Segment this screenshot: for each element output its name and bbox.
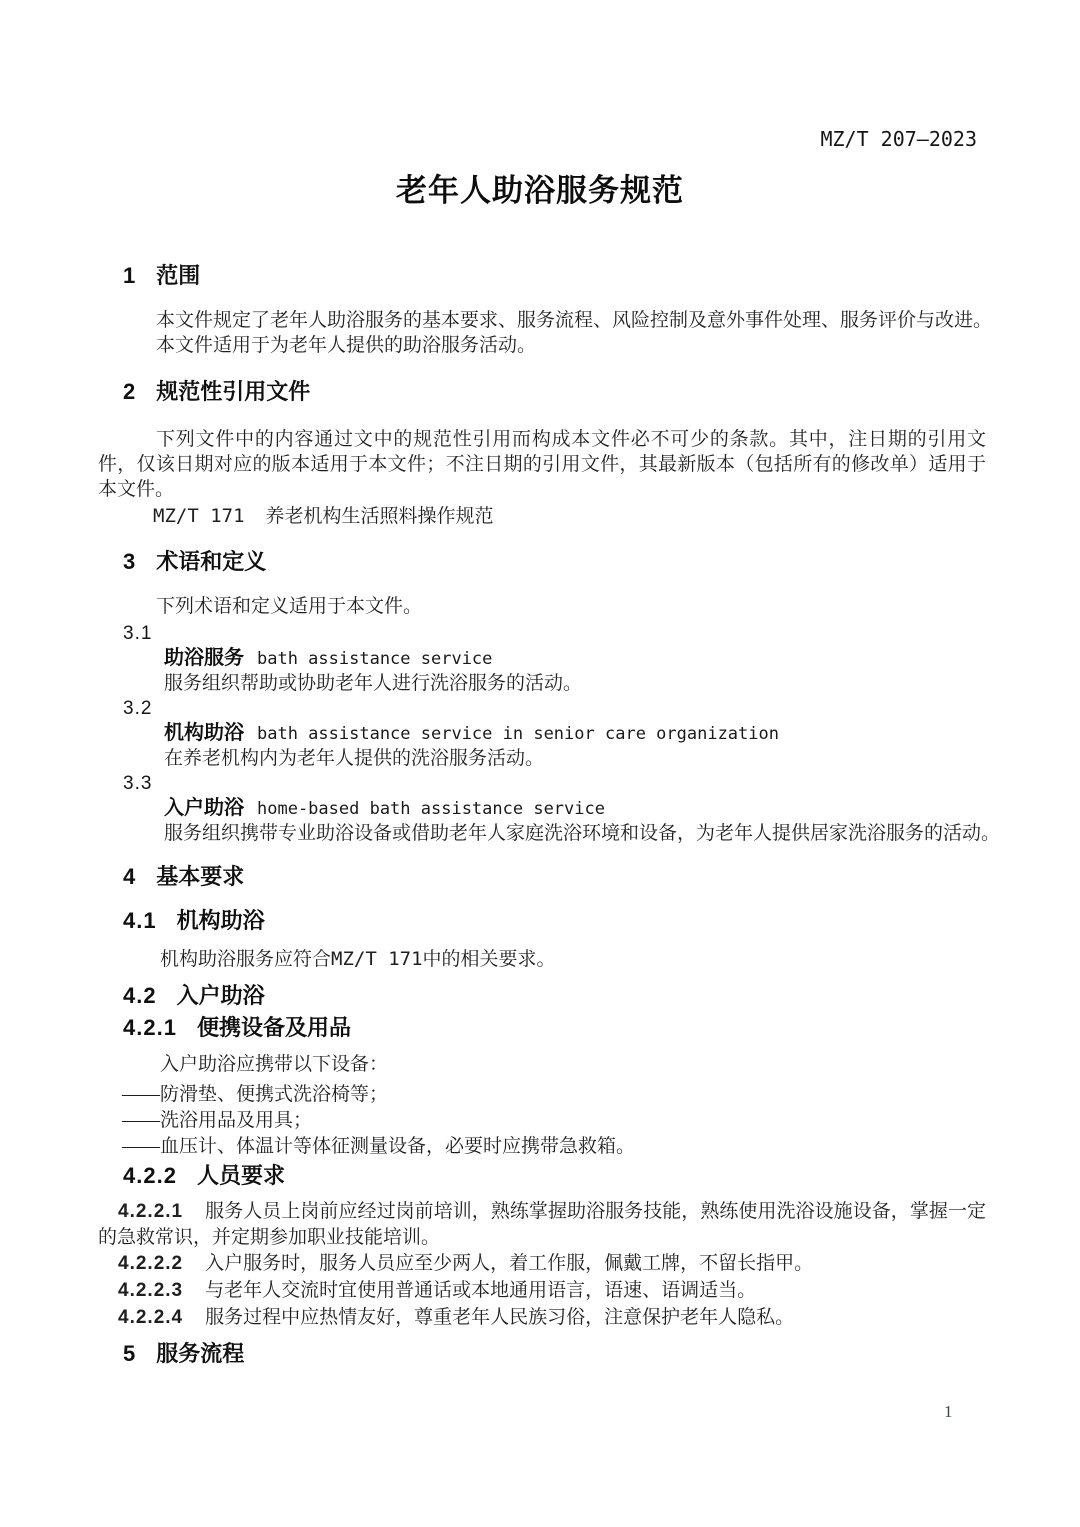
normative-reference-entry: MZ/T 171养老机构生活照料操作规范 xyxy=(98,504,1041,529)
term-title: 助浴服务bath assistance service xyxy=(98,646,1052,672)
section-4-2-title: 入户助浴 xyxy=(177,983,265,1008)
section-5-title: 服务流程 xyxy=(156,1341,244,1366)
section-2-heading: 2规范性引用文件 xyxy=(98,379,1011,405)
document-title: 老年人助浴服务规范 xyxy=(0,172,1080,210)
equipment-list-item: ——血压计、体温计等体征测量设备，必要时应携带急救箱。 xyxy=(98,1134,1010,1159)
section-1-heading: 1范围 xyxy=(98,263,1011,289)
section-5-heading: 5服务流程 xyxy=(98,1341,1011,1367)
clause-number: 4.2.2.1 xyxy=(118,1201,183,1222)
term-definition: 服务组织帮助或协助老年人进行洗浴服务的活动。 xyxy=(98,671,1052,696)
section-4-2-number: 4.2 xyxy=(123,983,157,1008)
terms-intro: 下列术语和定义适用于本文件。 xyxy=(98,594,1044,619)
section-1-title: 范围 xyxy=(156,263,200,288)
reference-title: 养老机构生活照料操作规范 xyxy=(266,506,494,527)
document-page: MZ/T 207—2023 老年人助浴服务规范 1范围 本文件规定了老年人助浴服… xyxy=(0,0,1080,1527)
inline-standard-code: MZ/T 171 xyxy=(331,948,423,970)
clause-text: 与老年人交流时宜使用普通话或本地通用语言，语速、语调适当。 xyxy=(205,1280,756,1301)
term-number: 3.3 xyxy=(98,771,1011,796)
equipment-intro: 入户助浴应携带以下设备： xyxy=(98,1052,1048,1077)
section-5-number: 5 xyxy=(123,1341,136,1366)
term-title-zh: 入户助浴 xyxy=(164,797,244,819)
section-3-number: 3 xyxy=(123,549,136,574)
clause-text: 服务人员上岗前应经过岗前培训，熟练掌握助浴服务技能，熟练使用洗浴设施设备，掌握一… xyxy=(98,1201,986,1248)
personnel-clause: 4.2.2.2入户服务时，服务人员应至少两人，着工作服，佩戴工牌，不留长指甲。 xyxy=(98,1251,1006,1276)
scope-paragraph-1: 本文件规定了老年人助浴服务的基本要求、服务流程、风险控制及意外事件处理、服务评价… xyxy=(98,308,1044,333)
paragraph-text: 机构助浴服务应符合 xyxy=(160,949,331,970)
section-4-2-heading: 4.2入户助浴 xyxy=(98,983,1011,1009)
section-4-number: 4 xyxy=(123,864,136,889)
clause-number: 4.2.2.4 xyxy=(118,1307,183,1328)
normative-references-paragraph: 下列文件中的内容通过文中的规范性引用而构成本文件必不可少的条款。其中，注日期的引… xyxy=(98,427,986,502)
clause-text: 服务过程中应热情友好，尊重老年人民族习俗，注意保护老年人隐私。 xyxy=(205,1307,794,1328)
section-4-2-2-title: 人员要求 xyxy=(197,1163,285,1188)
term-title: 入户助浴home-based bath assistance service xyxy=(98,796,1052,822)
equipment-list-item: ——防滑垫、便携式洗浴椅等； xyxy=(98,1082,1010,1107)
section-3-title: 术语和定义 xyxy=(156,549,266,574)
section-4-1-number: 4.1 xyxy=(123,908,157,933)
section-4-1-title: 机构助浴 xyxy=(177,908,265,933)
section-4-2-1-number: 4.2.1 xyxy=(123,1015,177,1040)
term-title-zh: 助浴服务 xyxy=(164,647,244,669)
section-4-2-1-heading: 4.2.1便携设备及用品 xyxy=(98,1015,1011,1041)
section-4-1-heading: 4.1机构助浴 xyxy=(98,908,1011,934)
clause-text: 入户服务时，服务人员应至少两人，着工作服，佩戴工牌，不留长指甲。 xyxy=(205,1253,813,1274)
reference-code: MZ/T 171 xyxy=(153,505,245,527)
term-definition: 服务组织携带专业助浴设备或借助老年人家庭洗浴环境和设备，为老年人提供居家洗浴服务… xyxy=(98,821,1052,846)
section-4-title: 基本要求 xyxy=(156,864,244,889)
section-3-heading: 3术语和定义 xyxy=(98,549,1011,575)
personnel-clause: 4.2.2.3与老年人交流时宜使用普通话或本地通用语言，语速、语调适当。 xyxy=(98,1278,1006,1303)
section-4-2-2-number: 4.2.2 xyxy=(123,1163,177,1188)
standard-code: MZ/T 207—2023 xyxy=(820,127,977,151)
personnel-clause: 4.2.2.4服务过程中应热情友好，尊重老年人民族习俗，注意保护老年人隐私。 xyxy=(98,1305,1006,1330)
scope-paragraph-2: 本文件适用于为老年人提供的助浴服务活动。 xyxy=(98,333,1044,358)
term-number: 3.2 xyxy=(98,696,1011,721)
term-definition: 在养老机构内为老年人提供的洗浴服务活动。 xyxy=(98,746,1052,771)
section-2-number: 2 xyxy=(123,379,136,404)
term-title-en: home-based bath assistance service xyxy=(257,799,605,819)
clause-number: 4.2.2.3 xyxy=(118,1280,183,1301)
section-4-2-2-heading: 4.2.2人员要求 xyxy=(98,1163,1011,1189)
section-4-heading: 4基本要求 xyxy=(98,864,1011,890)
term-title-en: bath assistance service xyxy=(257,649,492,669)
clause-number: 4.2.2.2 xyxy=(118,1253,183,1274)
page-number: 1 xyxy=(944,1401,953,1423)
paragraph-text: 中的相关要求。 xyxy=(423,949,556,970)
section-4-2-1-title: 便携设备及用品 xyxy=(197,1015,351,1040)
section-2-title: 规范性引用文件 xyxy=(156,379,310,404)
term-title-zh: 机构助浴 xyxy=(164,722,244,744)
institution-bath-paragraph: 机构助浴服务应符合MZ/T 171中的相关要求。 xyxy=(98,947,1048,972)
personnel-clause: 4.2.2.1服务人员上岗前应经过岗前培训，熟练掌握助浴服务技能，熟练使用洗浴设… xyxy=(98,1199,986,1251)
term-title: 机构助浴bath assistance service in senior ca… xyxy=(98,721,1052,747)
term-number: 3.1 xyxy=(98,621,1011,646)
section-1-number: 1 xyxy=(123,263,136,288)
term-title-en: bath assistance service in senior care o… xyxy=(257,724,779,744)
equipment-list-item: ——洗浴用品及用具； xyxy=(98,1108,1010,1133)
